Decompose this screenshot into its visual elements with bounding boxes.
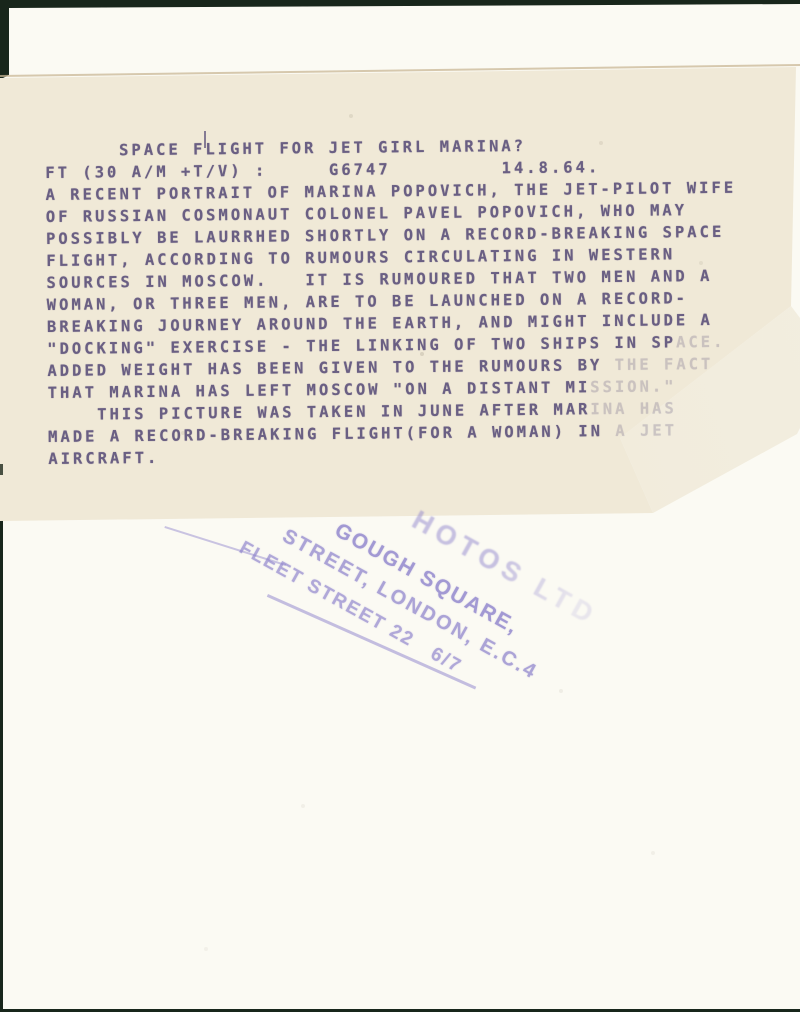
photo-scan: SPACE FLIGHT FOR JET GIRL MARINA? FT (30…	[0, 0, 800, 1012]
caption-title-text: SPACE FLIGHT FOR JET GIRL MARINA?	[45, 137, 526, 160]
ghost-text-fragment: SSION."	[590, 377, 677, 396]
edge-blemish	[0, 464, 3, 475]
ghost-text-fragment: INA HAS	[590, 399, 677, 418]
ghost-text-fragment: ACE.	[676, 333, 726, 352]
paper-specks	[0, 0, 2, 2]
ghost-text-fragment: A JET	[603, 421, 677, 440]
ghost-text-fragment: THE FACT	[602, 355, 713, 374]
